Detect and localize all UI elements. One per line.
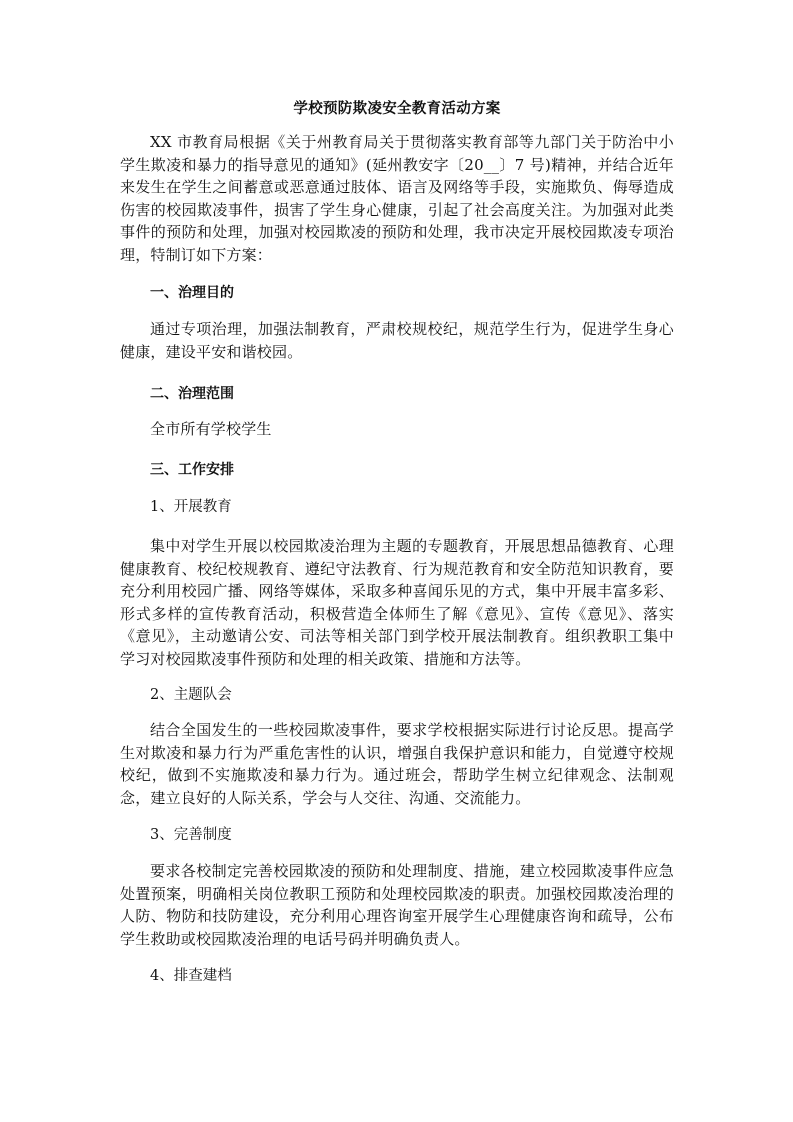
subsection-heading-class-meeting: 2、主题队会 <box>150 683 232 704</box>
subsection-body-education: 集中对学生开展以校园欺凌治理为主题的专题教育，开展思想品德教育、心理健康教育、校… <box>120 535 674 670</box>
subsection-body-system: 要求各校制定完善校园欺凌的预防和处理制度、措施，建立校园欺凌事件应急处置预案，明… <box>120 860 674 950</box>
subsection-heading-system: 3、完善制度 <box>150 823 232 844</box>
subsection-heading-records: 4、排查建档 <box>150 964 232 985</box>
document-title: 学校预防欺凌安全教育活动方案 <box>120 97 674 118</box>
section-body-purpose: 通过专项治理，加强法制教育，严肃校规校纪，规范学生行为，促进学生身心健康，建设平… <box>120 318 674 363</box>
section-heading-scope: 二、治理范围 <box>150 383 234 403</box>
section-body-scope: 全市所有学校学生 <box>120 418 674 441</box>
section-heading-purpose: 一、治理目的 <box>150 282 234 302</box>
subsection-heading-education: 1、开展教育 <box>150 495 232 516</box>
subsection-body-class-meeting: 结合全国发生的一些校园欺凌事件，要求学校根据实际进行讨论反思。提高学生对欺凌和暴… <box>120 719 674 809</box>
section-heading-arrangement: 三、工作安排 <box>150 459 234 479</box>
intro-paragraph: XX 市教育局根据《关于州教育局关于贯彻落实教育部等九部门关于防治中小学生欺凌和… <box>120 131 674 266</box>
